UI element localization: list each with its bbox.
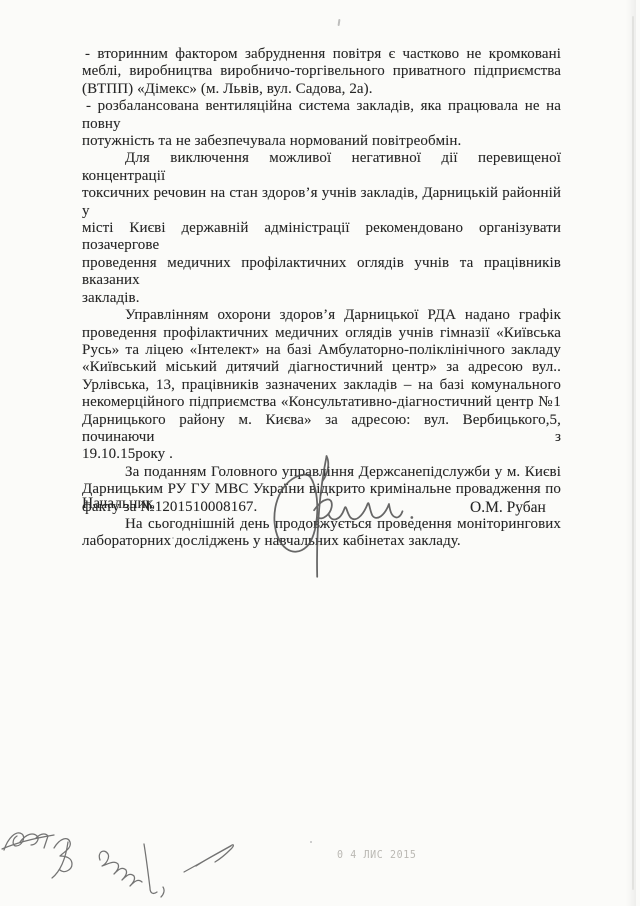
document-line: Для виключення можливої негативної дії п…	[82, 150, 561, 185]
document-line: - розбалансована вентиляційна система за…	[82, 98, 561, 133]
document-line: Русь» та ліцею «Інтелект» на базі Амбула…	[82, 342, 561, 359]
document-line: потужність та не забезпечувала нормовани…	[82, 133, 561, 150]
document-line: - вторинним фактором забруднення повітря…	[82, 46, 561, 63]
document-line: Дарницького району м. Києва» за адресою:…	[82, 412, 561, 447]
document-line: Урлівська, 13, працівників зазначених за…	[82, 377, 561, 394]
scan-speck	[338, 19, 341, 26]
paper-edge-shadow	[626, 0, 636, 906]
document-line: місті Києві державній адміністрації реко…	[82, 220, 561, 255]
document-line: закладів.	[82, 290, 561, 307]
date-stamp: 0 4 ЛИС 2015	[337, 850, 416, 862]
document-line: проведення профілактичних медичних огляд…	[82, 325, 561, 342]
document-line: Управлінням охорони здоров’я Дарницької …	[82, 307, 561, 324]
document-line: (ВТПП) «Дімекс» (м. Львів, вул. Садова, …	[82, 81, 561, 98]
signoff-name: О.М. Рубан	[470, 499, 546, 517]
paper-edge-line	[632, 16, 634, 890]
signoff-title: Начальник	[82, 495, 153, 513]
document-line: токсичних речовин на стан здоров’я учнів…	[82, 185, 561, 220]
document-line: проведення медичних профілактичних огляд…	[82, 255, 561, 290]
document-line: «Київський міський дитячий діагностичний…	[82, 359, 561, 376]
document-line: некомерційного підприємства «Консультати…	[82, 394, 561, 411]
scanned-document-page: - вторинним фактором забруднення повітря…	[0, 0, 640, 906]
handwritten-signature-icon	[258, 452, 418, 582]
document-line: меблі, виробництва виробничо-торгівельно…	[82, 63, 561, 80]
handwritten-approval-marks-icon	[0, 808, 330, 906]
